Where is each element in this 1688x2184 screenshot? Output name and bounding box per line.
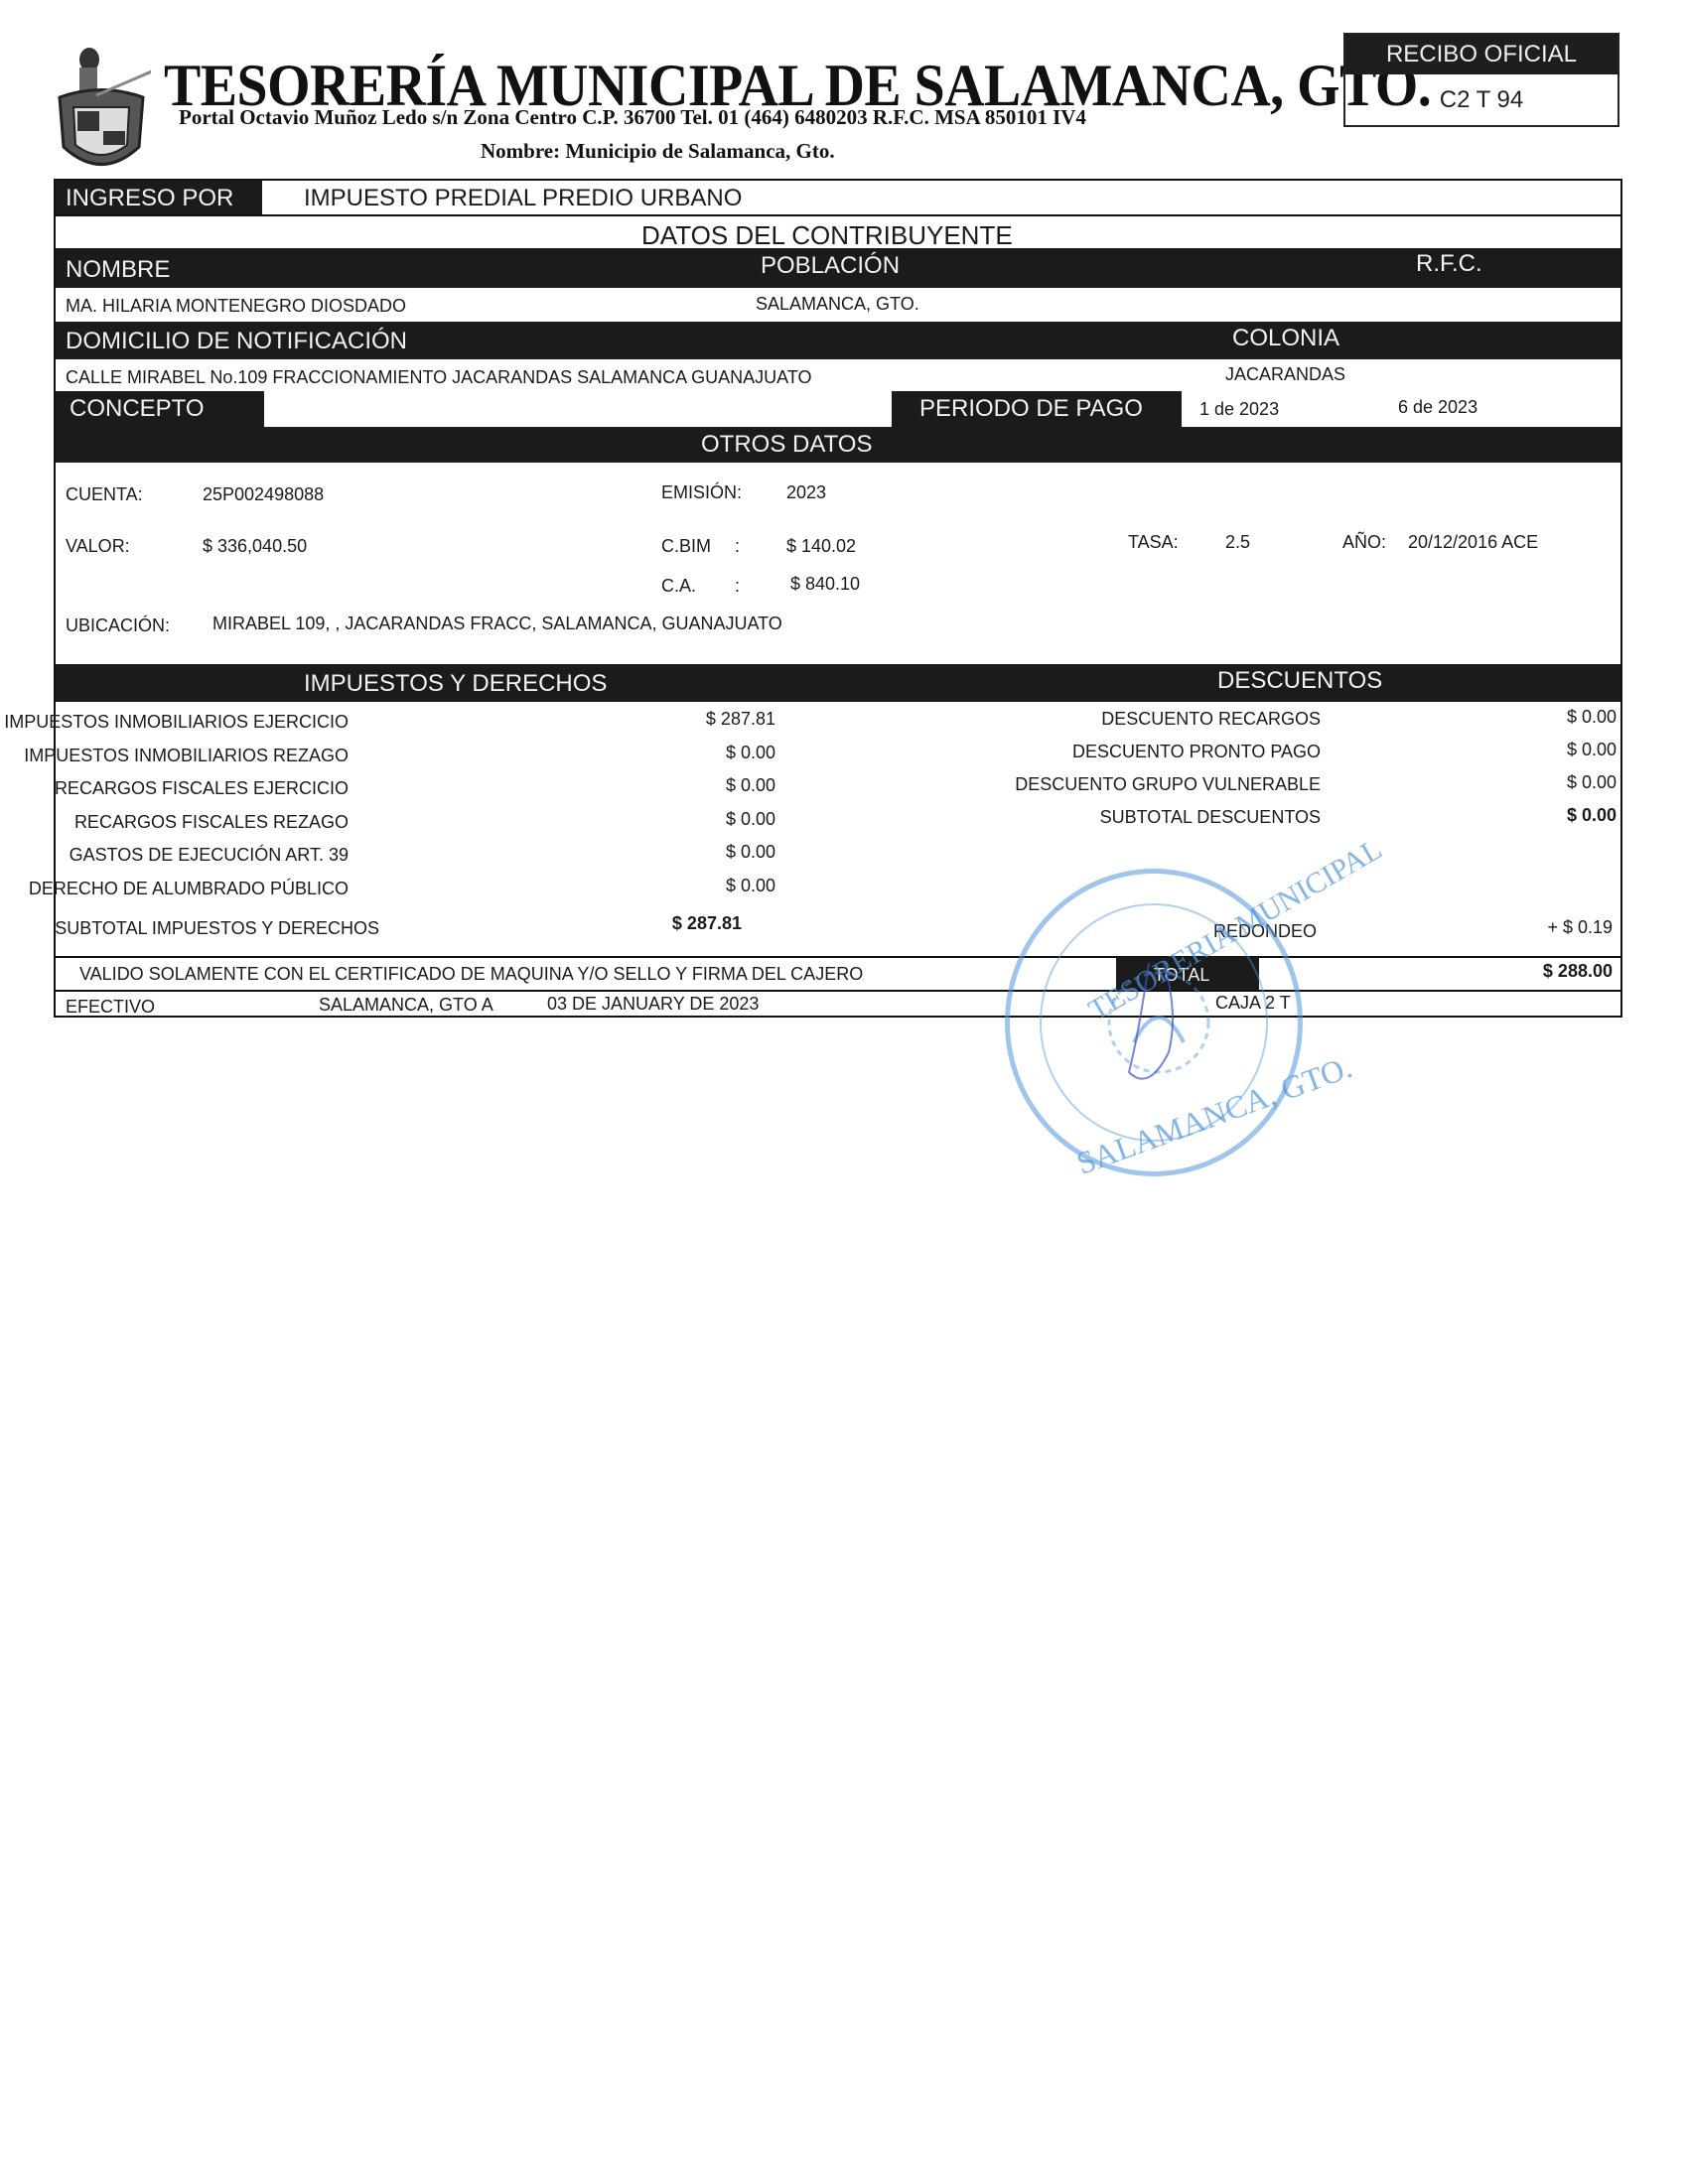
valor-label: VALOR: xyxy=(66,536,130,557)
ingreso-row: INGRESO POR IMPUESTO PREDIAL PREDIO URBA… xyxy=(56,181,1620,215)
impuestos-header-row: IMPUESTOS Y DERECHOS DESCUENTOS xyxy=(56,664,1620,702)
nombre-header-row: NOMBRE POBLACIÓN R.F.C. xyxy=(56,248,1620,288)
impuesto-item-value: $ 0.00 xyxy=(726,775,775,796)
impuesto-item-value: $ 0.00 xyxy=(726,876,775,896)
otros-datos-header-row: OTROS DATOS xyxy=(56,427,1620,463)
colonia-label: COLONIA xyxy=(1232,327,1339,350)
receipt-label: RECIBO OFICIAL xyxy=(1345,35,1618,74)
emision-value: 2023 xyxy=(786,482,826,503)
descuento-item-value: $ 0.00 xyxy=(1567,772,1617,793)
poblacion-value: SALAMANCA, GTO. xyxy=(756,294,919,315)
official-receipt-box: RECIBO OFICIAL C2 T 94 xyxy=(1343,33,1619,127)
valor-value: $ 336,040.50 xyxy=(203,536,307,557)
payment-place: SALAMANCA, GTO A xyxy=(319,995,493,1016)
nombre-label: NOMBRE xyxy=(66,258,170,282)
impuestos-subtotal-label: SUBTOTAL IMPUESTOS Y DERECHOS xyxy=(55,918,379,939)
descuento-item-value: $ 0.00 xyxy=(1567,740,1617,760)
otros-datos-title: OTROS DATOS xyxy=(701,433,872,457)
seal-bottom-text: SALAMANCA, GTO. xyxy=(1071,1048,1356,1182)
impuesto-item-label: IMPUESTOS INMOBILIARIOS REZAGO xyxy=(24,746,349,766)
total-value: $ 288.00 xyxy=(1543,961,1613,982)
header-address: Portal Octavio Muñoz Ledo s/n Zona Centr… xyxy=(179,105,1086,130)
emision-label: EMISIÓN: xyxy=(661,482,742,503)
periodo-label: PERIODO DE PAGO xyxy=(919,397,1143,421)
ingreso-value: IMPUESTO PREDIAL PREDIO URBANO xyxy=(304,187,742,210)
cuenta-value: 25P002498088 xyxy=(203,484,324,505)
descuento-item-label: DESCUENTO GRUPO VULNERABLE xyxy=(1015,774,1321,795)
cbim-sep: : xyxy=(735,536,740,557)
impuesto-item-label: IMPUESTOS INMOBILIARIOS EJERCICIO xyxy=(4,712,349,733)
cuenta-label: CUENTA: xyxy=(66,484,143,505)
caja-id: CAJA 2 T xyxy=(1215,993,1291,1014)
total-label-box: TOTAL xyxy=(1116,957,1259,991)
descuentos-subtotal-value: $ 0.00 xyxy=(1567,805,1617,826)
impuesto-item-label: RECARGOS FISCALES REZAGO xyxy=(74,812,349,833)
ca-value: $ 840.10 xyxy=(790,574,860,595)
colonia-value: JACARANDAS xyxy=(1225,364,1345,385)
impuesto-item-value: $ 287.81 xyxy=(706,709,775,730)
concepto-label: CONCEPTO xyxy=(70,397,205,421)
anio-value: 20/12/2016 ACE xyxy=(1408,532,1538,553)
municipal-coat-of-arms-icon xyxy=(52,38,151,182)
ubicacion-value: MIRABEL 109, , JACARANDAS FRACC, SALAMAN… xyxy=(212,614,782,634)
periodo-from: 1 de 2023 xyxy=(1199,399,1279,420)
poblacion-label: POBLACIÓN xyxy=(761,254,900,278)
descuentos-title: DESCUENTOS xyxy=(1217,669,1382,693)
ca-sep: : xyxy=(735,576,740,597)
header-name-line: Nombre: Municipio de Salamanca, Gto. xyxy=(481,139,835,164)
cbim-label: C.BIM xyxy=(661,536,711,557)
anio-label: AÑO: xyxy=(1342,532,1386,553)
impuesto-item-label: RECARGOS FISCALES EJERCICIO xyxy=(55,778,349,799)
ca-label: C.A. xyxy=(661,576,696,597)
cbim-value: $ 140.02 xyxy=(786,536,856,557)
receipt-number: C2 T 94 xyxy=(1345,74,1618,125)
nombre-value: MA. HILARIA MONTENEGRO DIOSDADO xyxy=(66,296,406,317)
tasa-value: 2.5 xyxy=(1225,532,1250,553)
impuesto-item-label: DERECHO DE ALUMBRADO PÚBLICO xyxy=(29,879,349,899)
domicilio-label: DOMICILIO DE NOTIFICACIÓN xyxy=(66,330,407,353)
descuentos-subtotal-label: SUBTOTAL DESCUENTOS xyxy=(1100,807,1321,828)
payment-method: EFECTIVO xyxy=(66,997,155,1018)
coat-of-arms-logo xyxy=(52,38,151,182)
tasa-label: TASA: xyxy=(1128,532,1179,553)
descuento-item-label: DESCUENTO PRONTO PAGO xyxy=(1072,742,1321,762)
domicilio-header-row: DOMICILIO DE NOTIFICACIÓN COLONIA xyxy=(56,322,1620,359)
receipt-table: INGRESO POR IMPUESTO PREDIAL PREDIO URBA… xyxy=(54,179,1622,1018)
impuesto-item-value: $ 0.00 xyxy=(726,842,775,863)
total-label: TOTAL xyxy=(1154,965,1209,986)
impuestos-subtotal-value: $ 287.81 xyxy=(672,913,742,934)
impuesto-item-label: GASTOS DE EJECUCIÓN ART. 39 xyxy=(70,845,349,866)
validity-note: VALIDO SOLAMENTE CON EL CERTIFICADO DE M… xyxy=(79,964,863,985)
ingreso-label: INGRESO POR xyxy=(66,187,233,210)
ubicacion-label: UBICACIÓN: xyxy=(66,615,170,636)
payment-date: 03 DE JANUARY DE 2023 xyxy=(547,994,759,1015)
descuento-item-value: $ 0.00 xyxy=(1567,707,1617,728)
redondeo-label: REDONDEO xyxy=(1213,921,1317,942)
descuento-item-label: DESCUENTO RECARGOS xyxy=(1101,709,1321,730)
rfc-label: R.F.C. xyxy=(1416,252,1482,276)
periodo-to: 6 de 2023 xyxy=(1398,397,1477,418)
impuesto-item-value: $ 0.00 xyxy=(726,743,775,763)
redondeo-value: + $ 0.19 xyxy=(1547,917,1613,938)
impuestos-title: IMPUESTOS Y DERECHOS xyxy=(304,672,607,696)
contribuyente-title: DATOS DEL CONTRIBUYENTE xyxy=(641,222,1013,248)
impuesto-item-value: $ 0.00 xyxy=(726,809,775,830)
domicilio-value: CALLE MIRABEL No.109 FRACCIONAMIENTO JAC… xyxy=(66,367,812,388)
